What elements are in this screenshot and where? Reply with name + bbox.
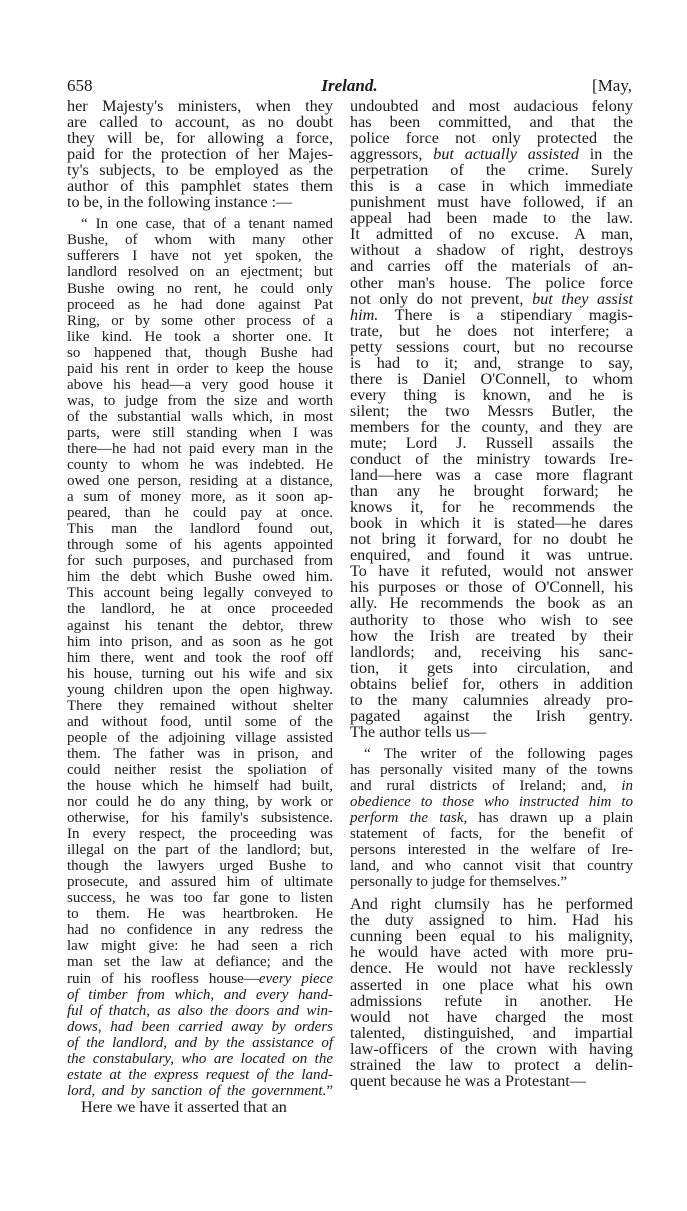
text-line: To have it refuted, would not answer [350,563,633,579]
text-line: prosecute, and assured him of ultimate [67,874,333,890]
text-line: author of this pamphlet states them [67,178,333,194]
line-text: prosecute, and assured him of ultimate [67,874,333,890]
text-line: ty's subjects, to be employed as the [67,162,333,178]
text-line: not bring it forward, for no doubt he [350,531,633,547]
text-line: There they remained without shelter [67,698,333,714]
text-line: land—here was a case more flagrant [350,467,633,483]
text-line: perpetration of the crime. Surely [350,162,633,178]
line-text: though the lawyers urged Bushe to [67,858,333,874]
line-text: county to whom he was indebted. He [67,457,333,473]
text-line: could neither resist the spoliation of [67,762,333,778]
text-line: strained the law to protect a delin- [350,1057,633,1073]
text-line: asserted in one place what his own [350,977,633,993]
line-text: has personally visited many of the towns [350,762,633,778]
italic-text: every piece [259,971,333,987]
line-text: nor could he do any thing, by work or [67,794,333,810]
right-text-column: undoubted and most audacious felonyhas b… [350,98,633,1089]
running-title: Ireland. [67,76,632,96]
text-line: other man's house. The police force [350,275,633,291]
text-line: sufferers I have not yet spoken, the [67,248,333,264]
text-line: “ The writer of the following pages [350,746,633,762]
line-text: him into prison, and as soon as he got [67,634,333,650]
line-text: land, and who cannot visit that country [350,858,633,874]
text-line: than any he brought forward; he [350,483,633,499]
text-line: of timber from which, and every hand- [67,987,333,1003]
line-text: Ring, or by some other process of a [67,313,333,329]
line-text: peared, than he could pay at once. [67,505,333,521]
text-line: of the substantial walls which, in most [67,409,333,425]
text-line: the duty assigned to him. Had his [350,912,633,928]
text-line: police force not only protected the [350,130,633,146]
line-text: In every respect, the proceeding was [67,826,333,842]
text-line: talented, distinguished, and impartial [350,1025,633,1041]
line-text: quent because he was a Protestant— [350,1072,586,1090]
text-line: estate at the express request of the lan… [67,1067,333,1083]
text-line: is had to it; and, strange to say, [350,355,633,371]
line-text: statement of facts, for the benefit of [350,826,633,842]
text-line: pagated against the Irish gentry. [350,708,633,724]
line-text: This man the landlord found out, [67,521,333,537]
text-line: This account being legally conveyed to [67,585,333,601]
text-line: for such purposes, and purchased from [67,553,333,569]
line-text: so happened that, though Bushe had [67,345,333,361]
line-text: paid his rent in order to keep the house [67,361,333,377]
line-text: “ In one case, that of a tenant named [81,216,333,232]
text-line: tion, it gets into circulation, and [350,660,633,676]
text-line: without a shadow of right, destroys [350,242,633,258]
text-line: paid his rent in order to keep the house [67,361,333,377]
text-line: admissions refute in another. He [350,993,633,1009]
text-line: And right clumsily has he performed [350,896,633,912]
line-text: illegal on the part of the landlord; but… [67,842,333,858]
text-line: this is a case in which immediate [350,178,633,194]
line-text: and without food, until some of the [67,714,333,730]
italic-text: the constabulary, who are located on the [67,1051,333,1067]
text-line: proceed as he had done against Pat [67,297,333,313]
line-text: “ The writer of the following pages [364,746,633,762]
text-line: dence. He would not have recklessly [350,960,633,976]
text-line: conduct of the ministry towards Ire- [350,451,633,467]
text-line: ally. He recommends the book as an [350,595,633,611]
text-line: was, to judge from the size and worth [67,393,333,409]
text-line: and without food, until some of the [67,714,333,730]
line-text: them. The father was in prison, and [67,746,333,762]
text-line: to be, in the following instance :— [67,194,333,210]
text-line: Here we have it asserted that an [67,1099,333,1115]
italic-text: obedience to those who instructed him to [350,794,633,810]
line-text: Bushe, of whom with many other [67,232,333,248]
text-line: above his head—a very good house it [67,377,333,393]
italic-text: of timber from which, and every hand- [67,987,333,1003]
text-line: there is Daniel O'Connell, to whom [350,371,633,387]
text-line: persons interested in the welfare of Ire… [350,842,633,858]
line-text: him there, went and took the roof off [67,650,333,666]
text-line: authority to those who wish to see [350,612,633,628]
text-line: In every respect, the proceeding was [67,826,333,842]
text-line: law might give: he had seen a rich [67,938,333,954]
line-text: This account being legally conveyed to [67,585,333,601]
text-line: lord, and by sanction of the government.… [67,1083,333,1099]
text-line: every thing is known, and he is [350,387,633,403]
text-line: perform the task, has drawn up a plain [350,810,633,826]
text-line: so happened that, though Bushe had [67,345,333,361]
text-line: would not have charged the most [350,1009,633,1025]
line-text: Here we have it asserted that an [81,1098,287,1116]
text-line: ful of thatch, as also the doors and win… [67,1003,333,1019]
text-line: he would have acted with more pru- [350,944,633,960]
line-text: The author tells us— [350,723,486,741]
line-text: success, he was too far gone to listen [67,890,333,906]
text-line: enquired, and found it was untrue. [350,547,633,563]
text-line: like kind. He took a shorter one. It [67,329,333,345]
text-line: to the many calumnies already pro- [350,692,633,708]
text-line: cunning been equal to his malignity, [350,928,633,944]
line-text: landlord resolved on an ejectment; but [67,264,333,280]
text-line: silent; the two Messrs Butler, the [350,403,633,419]
line-text: his house, turning out his wife and six [67,666,333,682]
italic-text: ful of thatch, as also the doors and win… [67,1003,333,1019]
line-text: man set the law at defiance; and the [67,954,333,970]
line-text: the landlord, he at once proceeded [67,601,333,617]
line-text: ” [326,1083,333,1099]
line-text: had no confidence in any redress the [67,922,333,938]
text-line: nor could he do any thing, by work or [67,794,333,810]
line-text: the house which he himself had built, [67,778,333,794]
text-line: members for the county, and they are [350,419,633,435]
line-text: personally to judge for themselves.” [350,874,567,890]
line-text: was, to judge from the size and worth [67,393,333,409]
text-line: knows it, for he recommends the [350,499,633,515]
text-line: land, and who cannot visit that country [350,858,633,874]
text-line: them. The father was in prison, and [67,746,333,762]
line-text: parts, were still standing when I was [67,425,333,441]
line-text: of the substantial walls which, in most [67,409,333,425]
italic-text: lord, and by sanction of the government. [67,1083,326,1099]
text-line: of the landlord, and by the assistance o… [67,1035,333,1051]
text-line: book in which it is stated—he dares [350,515,633,531]
line-text: Bushe owing no rent, he could only [67,281,333,297]
line-text: owed one person, residing at a distance, [67,473,333,489]
italic-text: perform the task, [350,810,467,826]
italic-text: dows, had been carried away by orders [67,1019,333,1035]
text-line: appeal had been made to the law. [350,210,633,226]
book-page: 658 Ireland. [May, her Majesty's ministe… [0,0,687,1211]
line-text: and rural districts of Ireland; and, [350,778,621,794]
text-line: her Majesty's ministers, when they [67,98,333,114]
line-text: has drawn up a plain [467,810,633,826]
running-header: 658 Ireland. [May, [67,76,632,96]
running-date: [May, [592,76,632,96]
text-line: has been committed, and that the [350,114,633,130]
text-line: are called to account, as no doubt [67,114,333,130]
italic-text: estate at the express request of the lan… [67,1067,333,1083]
line-text: proceed as he had done against Pat [67,297,333,313]
text-line: his purposes or those of O'Connell, his [350,579,633,595]
text-line: mute; Lord J. Russell assails the [350,435,633,451]
text-line: him there, went and took the roof off [67,650,333,666]
text-line: a sum of money more, as it soon ap- [67,489,333,505]
line-text: persons interested in the welfare of Ire… [350,842,633,858]
text-line: the house which he himself had built, [67,778,333,794]
line-text: for such purposes, and purchased from [67,553,333,569]
text-line: to them. He was heartbroken. He [67,906,333,922]
text-line: though the lawyers urged Bushe to [67,858,333,874]
text-line: parts, were still standing when I was [67,425,333,441]
text-line: peared, than he could pay at once. [67,505,333,521]
italic-text: of the landlord, and by the assistance o… [67,1035,333,1051]
line-text: against his tenant the debtor, threw [67,618,333,634]
line-text: could neither resist the spoliation of [67,762,333,778]
text-line: and carries off the materials of an- [350,258,633,274]
text-line: owed one person, residing at a distance, [67,473,333,489]
line-text: law might give: he had seen a rich [67,938,333,954]
text-line: Bushe, of whom with many other [67,232,333,248]
line-text: sufferers I have not yet spoken, the [67,248,333,264]
text-line: law-officers of the crown with having [350,1041,633,1057]
text-line: landlord resolved on an ejectment; but [67,264,333,280]
text-line: It admitted of no excuse. A man, [350,226,633,242]
text-line: not only do not prevent, but they assist [350,291,633,307]
line-text: ruin of his roofless house— [67,971,259,987]
text-line: county to whom he was indebted. He [67,457,333,473]
text-line: and rural districts of Ireland; and, in [350,778,633,794]
text-line: paid for the protection of her Majes- [67,146,333,162]
text-line: the landlord, he at once proceeded [67,601,333,617]
text-line: had no confidence in any redress the [67,922,333,938]
text-line: personally to judge for themselves.” [350,874,633,890]
text-line: otherwise, for his family's subsistence. [67,810,333,826]
text-line: people of the adjoining village assisted [67,730,333,746]
text-line: This man the landlord found out, [67,521,333,537]
text-line: has personally visited many of the towns [350,762,633,778]
line-text: above his head—a very good house it [67,377,333,393]
text-line: landlords; and, receiving his sanc- [350,644,633,660]
line-text: there—he had not paid every man in the [67,441,333,457]
text-line: The author tells us— [350,724,633,740]
text-line: success, he was too far gone to listen [67,890,333,906]
line-text: him the debt which Bushe owed him. [67,569,333,585]
line-text: to be, in the following instance :— [67,193,292,211]
text-line: him. There is a stipendiary magis- [350,307,633,323]
line-text: to them. He was heartbroken. He [67,906,333,922]
text-line: undoubted and most audacious felony [350,98,633,114]
text-line: punishment must have followed, if an [350,194,633,210]
text-line: there—he had not paid every man in the [67,441,333,457]
text-line: “ In one case, that of a tenant named [67,216,333,232]
text-line: his house, turning out his wife and six [67,666,333,682]
text-line: how the Irish are treated by their [350,628,633,644]
italic-text: in [621,778,633,794]
text-line: illegal on the part of the landlord; but… [67,842,333,858]
line-text: a sum of money more, as it soon ap- [67,489,333,505]
line-text: young children upon the open highway. [67,682,333,698]
text-line: trate, but he does not interfere; a [350,323,633,339]
text-line: obedience to those who instructed him to [350,794,633,810]
text-line: man set the law at defiance; and the [67,954,333,970]
text-line: young children upon the open highway. [67,682,333,698]
text-line: quent because he was a Protestant— [350,1073,633,1089]
text-line: the constabulary, who are located on the [67,1051,333,1067]
line-text: through some of his agents appointed [67,537,333,553]
text-line: obtains belief for, others in addition [350,676,633,692]
text-line: through some of his agents appointed [67,537,333,553]
text-line: they will be, for allowing a force, [67,130,333,146]
left-text-column: her Majesty's ministers, when theyare ca… [67,98,333,1115]
line-text: There they remained without shelter [67,698,333,714]
text-line: aggressors, but actually assisted in the [350,146,633,162]
text-line: against his tenant the debtor, threw [67,618,333,634]
text-line: statement of facts, for the benefit of [350,826,633,842]
text-line: Bushe owing no rent, he could only [67,281,333,297]
text-line: him into prison, and as soon as he got [67,634,333,650]
line-text: like kind. He took a shorter one. It [67,329,333,345]
text-line: petty sessions court, but no recourse [350,339,633,355]
text-line: Ring, or by some other process of a [67,313,333,329]
text-line: him the debt which Bushe owed him. [67,569,333,585]
text-line: dows, had been carried away by orders [67,1019,333,1035]
line-text: otherwise, for his family's subsistence. [67,810,333,826]
text-line: ruin of his roofless house—every piece [67,971,333,987]
line-text: people of the adjoining village assisted [67,730,333,746]
